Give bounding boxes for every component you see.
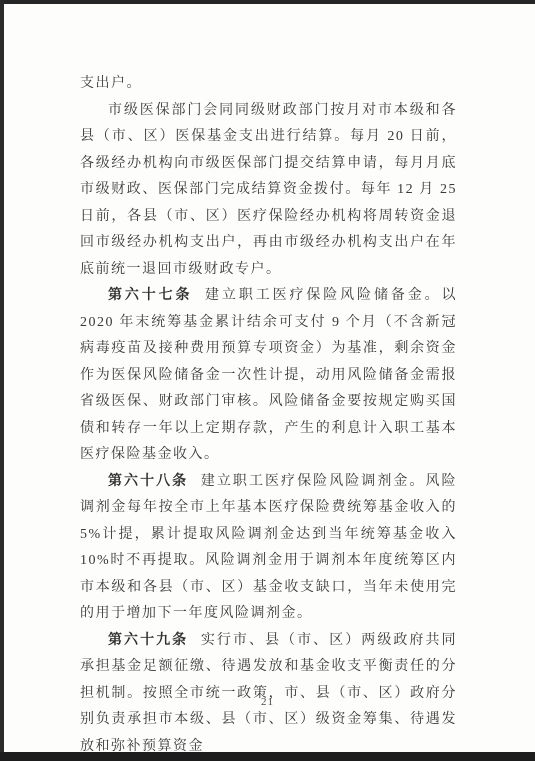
paragraph-article-69: 第六十九条实行市、县（市、区）两级政府共同承担基金足额征缴、待遇发放和基金收支平… bbox=[80, 628, 457, 761]
article-heading: 第六十九条 bbox=[108, 633, 188, 648]
paragraph-text: 支出户。 bbox=[80, 76, 142, 91]
article-heading: 第六十八条 bbox=[108, 474, 188, 489]
paragraph-text: 建立职工医疗保险风险储备金。以 2020 年末统筹基金累计结余可支付 9 个月（… bbox=[80, 288, 457, 462]
scan-edge-left bbox=[0, 0, 4, 761]
scan-edge-bottom bbox=[0, 752, 535, 761]
page-body: 支出户。 市级医保部门会同同级财政部门按月对市本级和各县（市、区）医保基金支出进… bbox=[80, 71, 457, 760]
page-number: 21 bbox=[0, 696, 535, 708]
paragraph-text: 实行市、县（市、区）两级政府共同承担基金足额征缴、待遇发放和基金收支平衡责任的分… bbox=[80, 633, 457, 754]
paragraph: 市级医保部门会同同级财政部门按月对市本级和各县（市、区）医保基金支出进行结算。每… bbox=[80, 98, 457, 284]
article-heading: 第六十七条 bbox=[108, 288, 192, 303]
paragraph-text: 市级医保部门会同同级财政部门按月对市本级和各县（市、区）医保基金支出进行结算。每… bbox=[80, 103, 457, 277]
paragraph-article-67: 第六十七条建立职工医疗保险风险储备金。以 2020 年末统筹基金累计结余可支付 … bbox=[80, 283, 457, 469]
paragraph: 支出户。 bbox=[80, 71, 457, 98]
scan-edge-top bbox=[0, 0, 535, 4]
paragraph-text: 建立职工医疗保险风险调剂金。风险调剂金每年按全市上年基本医疗保险费统筹基金收入的… bbox=[80, 474, 457, 622]
paragraph-article-68: 第六十八条建立职工医疗保险风险调剂金。风险调剂金每年按全市上年基本医疗保险费统筹… bbox=[80, 469, 457, 628]
document-page: 支出户。 市级医保部门会同同级财政部门按月对市本级和各县（市、区）医保基金支出进… bbox=[0, 0, 535, 761]
